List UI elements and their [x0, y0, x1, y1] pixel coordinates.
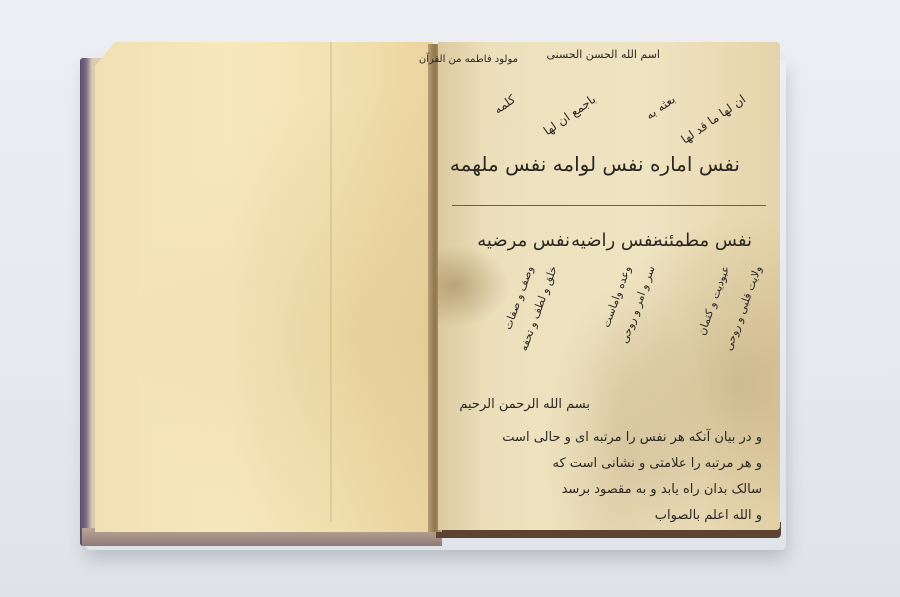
body-line: سالک بدان راه یابد و به مقصود برسد [562, 482, 762, 497]
slanted-note: ان لها ما قد لها [678, 92, 748, 147]
slanted-note: باجمع ان لها [541, 92, 598, 138]
divider-rule [452, 205, 766, 206]
column-note: عبودیت و کتمان [695, 264, 732, 337]
column-heading: نفس مرضیه [477, 230, 570, 251]
handwritten-page: مولود فاطمه من القرآن اسم الله الحسن الح… [438, 42, 780, 530]
flyleaf-fold-crease [330, 42, 332, 522]
header-note: اسم الله الحسن الحسنی [546, 48, 660, 61]
column-heading: نفس راضیه [571, 230, 658, 251]
blank-flyleaf-page [95, 42, 433, 532]
column-heading: نفس مطمئنه [654, 230, 752, 251]
title-line: نفس اماره نفس لوامه نفس ملهمه [450, 152, 740, 176]
body-line: و هر مرتبه را علامتی و نشانی است که [553, 456, 762, 471]
slanted-note: کلمه [491, 92, 518, 117]
body-line: بسم الله الرحمن الرحیم [459, 397, 590, 412]
body-line: و الله اعلم بالصواب [655, 508, 762, 523]
manuscript-photo: مولود فاطمه من القرآن اسم الله الحسن الح… [0, 0, 900, 597]
corner-note: مولود فاطمه من القرآن [419, 54, 518, 65]
body-line: و در بیان آنکه هر نفس را مرتبه ای و حالی… [502, 430, 762, 445]
slanted-note: بعثه به [643, 92, 678, 122]
